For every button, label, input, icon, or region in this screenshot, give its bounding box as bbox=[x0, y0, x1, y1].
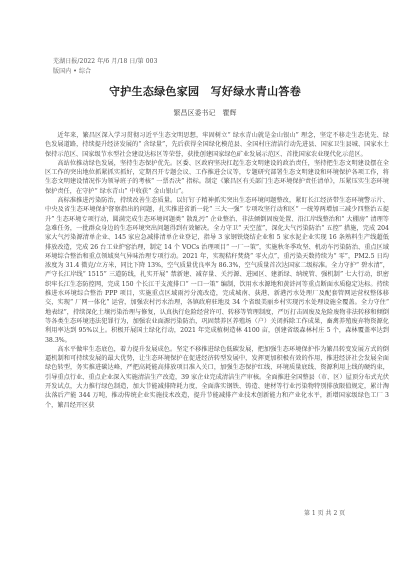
document-page: 芜湖日报/2022 年/6 月/18 日/第 003 版国内 • 综合 守护生态… bbox=[0, 0, 410, 580]
article-title: 守护生态绿色家园 写好绿水青山答卷 bbox=[0, 85, 410, 99]
source-line: 芜湖日报/2022 年/6 月/18 日/第 003 bbox=[53, 57, 158, 67]
paragraph-green-development: 高站位推动绿色发展，坚持生态保护优先。区委、区政府坚决扛起生态文明建设的政治责任… bbox=[45, 159, 389, 196]
page-indicator: 第 1 页 共 2 页 bbox=[304, 509, 345, 519]
paragraph-intro: 近年来，繁昌区深入学习贯彻习近平生态文明思想，牢固树立“ 绿水青山就是金山银山”… bbox=[45, 131, 389, 159]
article-byline: 繁昌区委书记 瞿辉 bbox=[0, 108, 410, 118]
paragraph-ecological-foundation: 高水平做牢生态底色，着力提升发展成色。坚定不移推进绿色低碳发展，把加强生态环境保… bbox=[45, 345, 389, 410]
publication-meta: 芜湖日报/2022 年/6 月/18 日/第 003 版国内 • 综合 bbox=[53, 57, 158, 77]
paragraph-pollution-control: 高标准推进污染防治，持续改善生态质量。以钉钉子精神抓实突出生态环境问题整改，紧盯… bbox=[45, 196, 389, 345]
section-line: 版国内 • 综合 bbox=[53, 67, 158, 77]
article-body: 近年来，繁昌区深入学习贯彻习近平生态文明思想，牢固树立“ 绿水青山就是金山银山”… bbox=[45, 131, 389, 410]
